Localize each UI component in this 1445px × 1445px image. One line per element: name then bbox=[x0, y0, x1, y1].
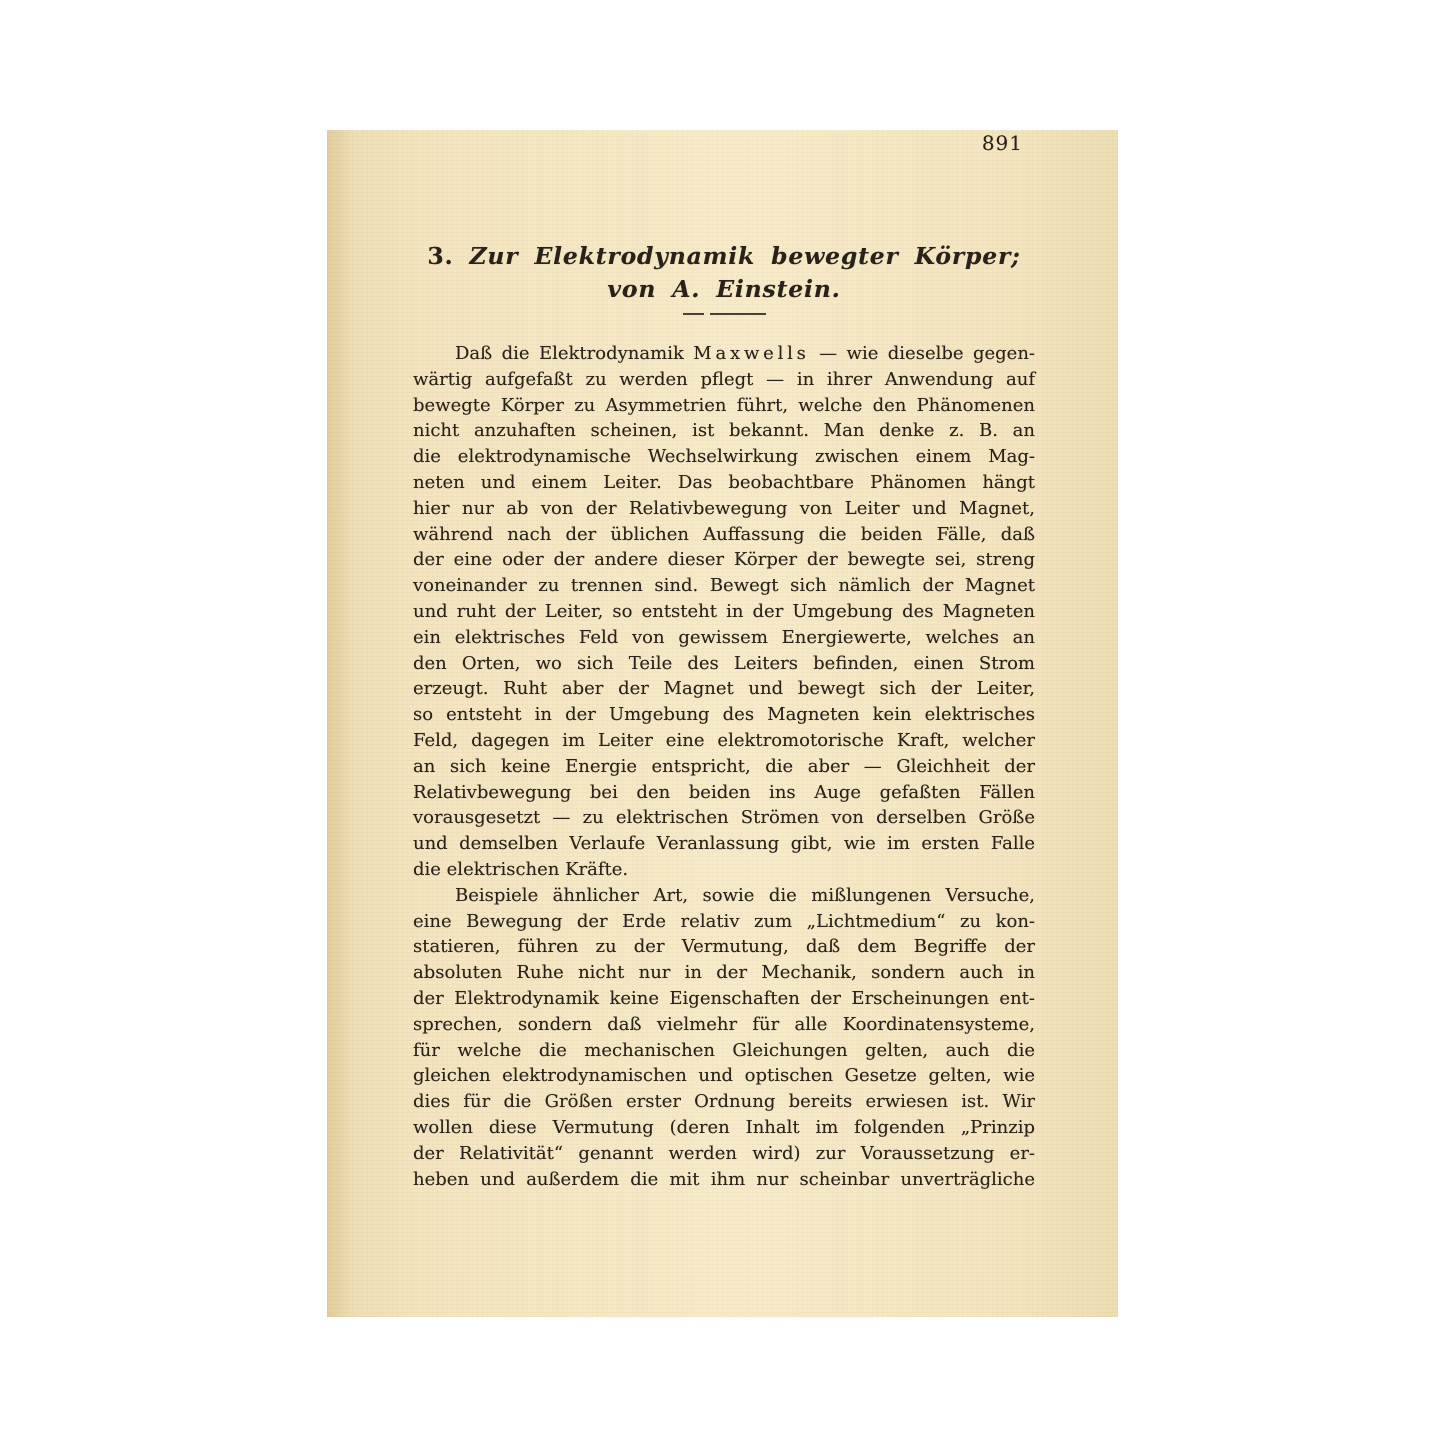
text-segment: voneinander zu trennen sind. Bewegt sich… bbox=[413, 575, 1035, 596]
text-segment: Feld, dagegen im Leiter eine elektromoto… bbox=[413, 730, 1035, 751]
text-segment: während nach der üblichen Auffassung die… bbox=[413, 524, 1035, 545]
article-title-line: 3.Zur Elektrodynamik bewegter Körper; bbox=[413, 240, 1035, 273]
text-segment: bewegte Körper zu Asymmetrien führt, wel… bbox=[413, 395, 1035, 416]
text-line: die elektrischen Kräfte. bbox=[413, 857, 1035, 883]
text-segment: Relativbewegung bei den beiden ins Auge … bbox=[413, 782, 1035, 803]
text-line: heben und außerdem die mit ihm nur schei… bbox=[413, 1167, 1035, 1193]
paragraph: Beispiele ähnlicher Art, sowie die mißlu… bbox=[413, 883, 1035, 1193]
text-segment: an sich keine Energie entspricht, die ab… bbox=[413, 756, 1035, 777]
text-segment: Beispiele ähnlicher Art, sowie die mißlu… bbox=[455, 885, 1035, 906]
text-segment: so entsteht in der Umgebung des Magneten… bbox=[413, 704, 1035, 725]
text-line: und demselben Verlaufe Veranlassung gibt… bbox=[413, 831, 1035, 857]
text-line: den Orten, wo sich Teile des Leiters bef… bbox=[413, 651, 1035, 677]
text-segment: wärtig aufgefaßt zu werden pflegt — in i… bbox=[413, 369, 1035, 390]
text-line: Relativbewegung bei den beiden ins Auge … bbox=[413, 780, 1035, 806]
text-line: hier nur ab von der Relativbewegung von … bbox=[413, 496, 1035, 522]
text-segment: den Orten, wo sich Teile des Leiters bef… bbox=[413, 653, 1035, 674]
text-line: bewegte Körper zu Asymmetrien führt, wel… bbox=[413, 393, 1035, 419]
text-line: der Relativität“ genannt werden wird) zu… bbox=[413, 1141, 1035, 1167]
text-segment: eine Bewegung der Erde relativ zum „Lich… bbox=[413, 911, 1035, 932]
text-segment: die elektrischen Kräfte. bbox=[413, 859, 628, 880]
text-line: wärtig aufgefaßt zu werden pflegt — in i… bbox=[413, 367, 1035, 393]
text-segment: neten und einem Leiter. Das beobachtbare… bbox=[413, 472, 1035, 493]
text-segment: für welche die mechanischen Gleichungen … bbox=[413, 1040, 1035, 1061]
text-line: eine Bewegung der Erde relativ zum „Lich… bbox=[413, 909, 1035, 935]
separator-dash-short bbox=[683, 313, 704, 315]
text-segment: absoluten Ruhe nicht nur in der Mechanik… bbox=[413, 962, 1035, 983]
letterspaced-word: Maxwells bbox=[693, 343, 809, 364]
text-line: statieren, führen zu der Vermutung, daß … bbox=[413, 934, 1035, 960]
text-line: wollen diese Vermutung (deren Inhalt im … bbox=[413, 1115, 1035, 1141]
text-segment: gleichen elektrodynamischen und optische… bbox=[413, 1065, 1035, 1086]
text-segment: vorausgesetzt — zu elektrischen Strömen … bbox=[413, 807, 1035, 828]
paragraph: Daß die Elektrodynamik Maxwells — wie di… bbox=[413, 341, 1035, 883]
page-number: 891 bbox=[413, 130, 1035, 156]
text-line: Beispiele ähnlicher Art, sowie die mißlu… bbox=[413, 883, 1035, 909]
separator-dash-long bbox=[710, 313, 766, 315]
text-segment: und ruht der Leiter, so entsteht in der … bbox=[413, 601, 1035, 622]
text-segment: der eine oder der andere dieser Körper d… bbox=[413, 549, 1035, 570]
text-line: dies für die Größen erster Ordnung berei… bbox=[413, 1089, 1035, 1115]
text-segment: wollen diese Vermutung (deren Inhalt im … bbox=[413, 1117, 1035, 1138]
text-line: sprechen, sondern daß vielmehr für alle … bbox=[413, 1012, 1035, 1038]
text-line: absoluten Ruhe nicht nur in der Mechanik… bbox=[413, 960, 1035, 986]
text-line: für welche die mechanischen Gleichungen … bbox=[413, 1038, 1035, 1064]
body-text: Daß die Elektrodynamik Maxwells — wie di… bbox=[413, 341, 1035, 1192]
article-heading: 3.Zur Elektrodynamik bewegter Körper; vo… bbox=[413, 240, 1035, 306]
text-line: vorausgesetzt — zu elektrischen Strömen … bbox=[413, 805, 1035, 831]
text-line: die elektrodynamische Wechselwirkung zwi… bbox=[413, 444, 1035, 470]
text-line: der eine oder der andere dieser Körper d… bbox=[413, 547, 1035, 573]
text-segment: dies für die Größen erster Ordnung berei… bbox=[413, 1091, 1035, 1112]
text-segment: nicht anzuhaften scheinen, ist bekannt. … bbox=[413, 420, 1035, 441]
text-line: an sich keine Energie entspricht, die ab… bbox=[413, 754, 1035, 780]
article-title: Zur Elektrodynamik bewegter Körper; bbox=[469, 242, 1020, 270]
text-line: so entsteht in der Umgebung des Magneten… bbox=[413, 702, 1035, 728]
article-byline: von A. Einstein. bbox=[413, 273, 1035, 306]
text-segment: der Elektrodynamik keine Eigenschaften d… bbox=[413, 988, 1035, 1009]
text-segment: der Relativität“ genannt werden wird) zu… bbox=[413, 1143, 1035, 1164]
text-segment: erzeugt. Ruht aber der Magnet und bewegt… bbox=[413, 678, 1035, 699]
text-line: neten und einem Leiter. Das beobachtbare… bbox=[413, 470, 1035, 496]
text-segment: heben und außerdem die mit ihm nur schei… bbox=[413, 1169, 1035, 1190]
text-line: ein elektrisches Feld von gewissem Energ… bbox=[413, 625, 1035, 651]
article-number: 3. bbox=[427, 242, 453, 270]
text-line: voneinander zu trennen sind. Bewegt sich… bbox=[413, 573, 1035, 599]
text-line: während nach der üblichen Auffassung die… bbox=[413, 522, 1035, 548]
text-segment: und demselben Verlaufe Veranlassung gibt… bbox=[413, 833, 1035, 854]
text-segment: die elektrodynamische Wechselwirkung zwi… bbox=[413, 446, 1035, 467]
text-line: und ruht der Leiter, so entsteht in der … bbox=[413, 599, 1035, 625]
text-segment: statieren, führen zu der Vermutung, daß … bbox=[413, 936, 1035, 957]
text-segment: ein elektrisches Feld von gewissem Energ… bbox=[413, 627, 1035, 648]
text-line: nicht anzuhaften scheinen, ist bekannt. … bbox=[413, 418, 1035, 444]
paper-page: 891 3.Zur Elektrodynamik bewegter Körper… bbox=[327, 130, 1118, 1317]
text-line: Daß die Elektrodynamik Maxwells — wie di… bbox=[413, 341, 1035, 367]
text-line: erzeugt. Ruht aber der Magnet und bewegt… bbox=[413, 676, 1035, 702]
text-segment: — wie dieselbe gegen- bbox=[810, 343, 1035, 364]
text-line: gleichen elektrodynamischen und optische… bbox=[413, 1063, 1035, 1089]
text-segment: sprechen, sondern daß vielmehr für alle … bbox=[413, 1014, 1035, 1035]
text-line: Feld, dagegen im Leiter eine elektromoto… bbox=[413, 728, 1035, 754]
text-segment: hier nur ab von der Relativbewegung von … bbox=[413, 498, 1035, 519]
scan-background: 891 3.Zur Elektrodynamik bewegter Körper… bbox=[0, 0, 1445, 1445]
text-line: der Elektrodynamik keine Eigenschaften d… bbox=[413, 986, 1035, 1012]
title-separator bbox=[413, 312, 1035, 315]
text-segment: Daß die Elektrodynamik bbox=[455, 343, 693, 364]
